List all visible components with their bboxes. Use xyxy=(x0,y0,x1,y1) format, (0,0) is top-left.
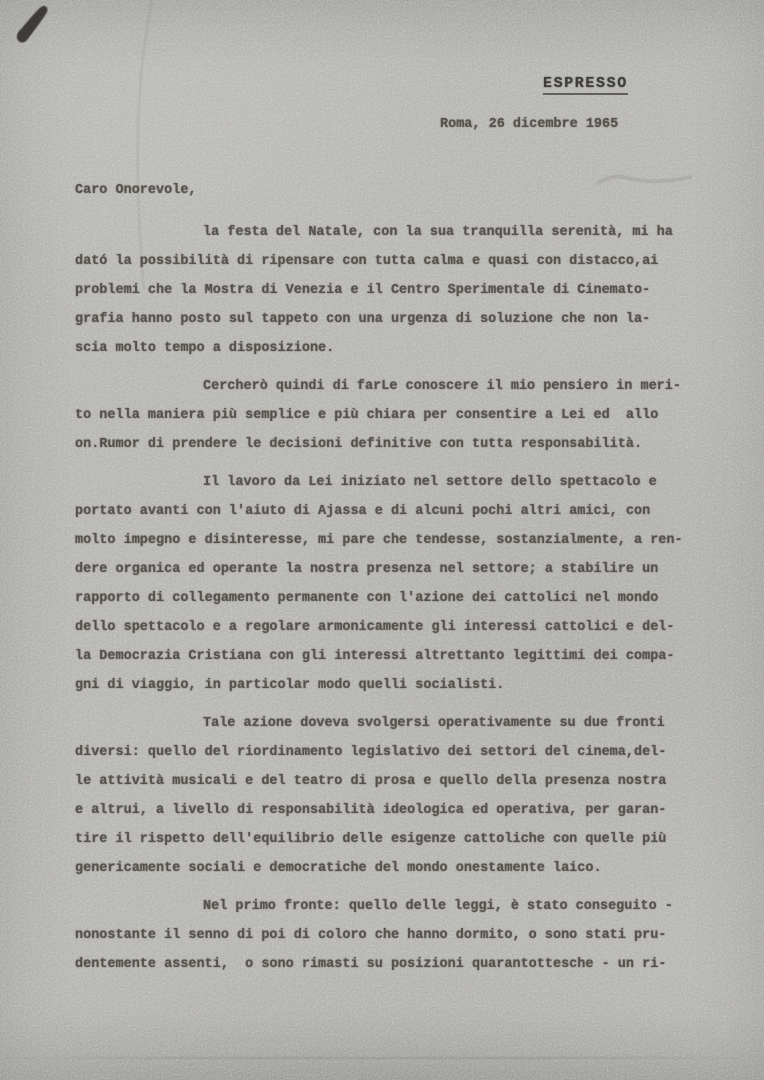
paragraph: Cercherò quindi di farLe conoscere il mi… xyxy=(75,372,683,459)
letter-line: molto impegno e disinteresse, mi pare ch… xyxy=(75,526,683,555)
letter-paragraphs: la festa del Natale, con la sua tranquil… xyxy=(75,218,683,979)
paper-crease-mark xyxy=(0,1057,764,1059)
paragraph: Nel primo fronte: quello delle leggi, è … xyxy=(75,892,683,979)
letter-line: dello spettacolo e a regolare armonicame… xyxy=(75,613,683,642)
letter-line: rapporto di collegamento permanente con … xyxy=(75,584,683,613)
letter-line: gni di viaggio, in particolar modo quell… xyxy=(75,671,683,700)
letter-line: tire il rispetto dell'equilibrio delle e… xyxy=(75,825,683,854)
letter-line: problemi che la Mostra di Venezia e il C… xyxy=(75,276,683,305)
letter-line: dentemente assenti, o sono rimasti su po… xyxy=(75,950,683,979)
letter-header: ESPRESSO xyxy=(543,75,628,95)
letter-body: Caro Onorevole, la festa del Natale, con… xyxy=(75,176,683,988)
letter-line: scia molto tempo a disposizione. xyxy=(75,334,683,363)
letter-line: nonostante il senno di poi di coloro che… xyxy=(75,921,683,950)
letter-salutation: Caro Onorevole, xyxy=(75,176,683,205)
letter-line: Il lavoro da Lei iniziato nel settore de… xyxy=(75,468,683,497)
letter-line: Nel primo fronte: quello delle leggi, è … xyxy=(75,892,683,921)
letter-line: la Democrazia Cristiana con gli interess… xyxy=(75,642,683,671)
letter-line: on.Rumor di prendere le decisioni defini… xyxy=(75,430,683,459)
letter-line: e altrui, a livello di responsabilità id… xyxy=(75,796,683,825)
letter-line: le attività musicali e del teatro di pro… xyxy=(75,767,683,796)
letter-line: dató la possibilità di ripensare con tut… xyxy=(75,247,683,276)
letter-line: grafia hanno posto sul tappeto con una u… xyxy=(75,305,683,334)
letter-line: diversi: quello del riordinamento legisl… xyxy=(75,738,683,767)
paragraph: la festa del Natale, con la sua tranquil… xyxy=(75,218,683,363)
paragraph: Il lavoro da Lei iniziato nel settore de… xyxy=(75,468,683,700)
letter-line: Tale azione doveva svolgersi operativame… xyxy=(75,709,683,738)
letter-line: dere organica ed operante la nostra pres… xyxy=(75,555,683,584)
letter-line: Cercherò quindi di farLe conoscere il mi… xyxy=(75,372,683,401)
letter-line: to nella maniera più semplice e più chia… xyxy=(75,401,683,430)
letter-line: genericamente sociali e democratiche del… xyxy=(75,854,683,883)
pen-stroke-mark xyxy=(0,0,80,70)
document-scan-page: ESPRESSO Roma, 26 dicembre 1965 Caro Ono… xyxy=(0,0,764,1080)
letter-dateline: Roma, 26 dicembre 1965 xyxy=(440,117,618,132)
letter-line: portato avanti con l'aiuto di Ajassa e d… xyxy=(75,497,683,526)
letter-line: la festa del Natale, con la sua tranquil… xyxy=(75,218,683,247)
paragraph: Tale azione doveva svolgersi operativame… xyxy=(75,709,683,883)
